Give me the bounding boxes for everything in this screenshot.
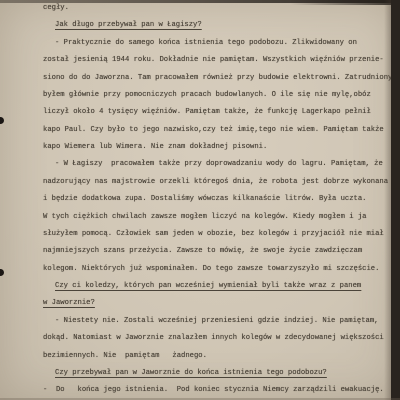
text-line: siono do do Jaworzna. Tam pracowałem rów…: [0, 70, 390, 87]
text-line: najmniejszych szans przeżycia. Zawsze to…: [0, 243, 390, 260]
text-line: służyłem pomocą. Człowiek sam jeden w ob…: [0, 226, 390, 243]
text-line: kolegom. Niektórych już wspominałem. Do …: [0, 261, 390, 278]
scan-edge-right: [391, 0, 400, 400]
text-line: bezimiennych. Nie pamiętam żadnego.: [0, 348, 390, 365]
question-line: Jak długo przebywał pan w Łagiszy?: [0, 17, 390, 34]
text-line: i będzie dodatkowa zupa. Dostaliśmy wówc…: [0, 191, 390, 208]
question-line: Czy ci koledzy, których pan wcześniej wy…: [0, 278, 390, 295]
text-line: - W Łagiszy pracowałem także przy doprow…: [0, 156, 390, 173]
text-line: - Niestety nie. Zostali wcześniej przeni…: [0, 313, 390, 330]
text-line: - Praktycznie do samego końca istnienia …: [0, 35, 390, 52]
question-line: w Jaworznie?: [0, 295, 390, 312]
question-line: Czy przebywał pan w Jaworznie do końca i…: [0, 365, 390, 382]
text-line: został jesienią 1944 roku. Dokładnie nie…: [0, 52, 390, 69]
typewritten-text-block: cegły. Jak długo przebywał pan w Łagiszy…: [0, 0, 390, 400]
text-line: nadzorujący nas majstrowie orzekli które…: [0, 174, 390, 191]
scanned-document-page: cegły. Jak długo przebywał pan w Łagiszy…: [0, 0, 400, 400]
text-line: kapo Wiemera lub Wimera. Nie znam dokład…: [0, 139, 390, 156]
text-line: kapo Paul. Czy było to jego nazwisko,czy…: [0, 122, 390, 139]
text-line: liczył około 4 tysięcy więźniów. Pamięta…: [0, 104, 390, 121]
text-line: byłem głównie przy pomocniczych pracach …: [0, 87, 390, 104]
scan-edge-right-shadow: [384, 0, 391, 400]
text-line: W tych ciężkich chwilach zawsze mogłem l…: [0, 209, 390, 226]
text-line: dokąd. Natomiast w Jaworznie znalazłem i…: [0, 330, 390, 347]
